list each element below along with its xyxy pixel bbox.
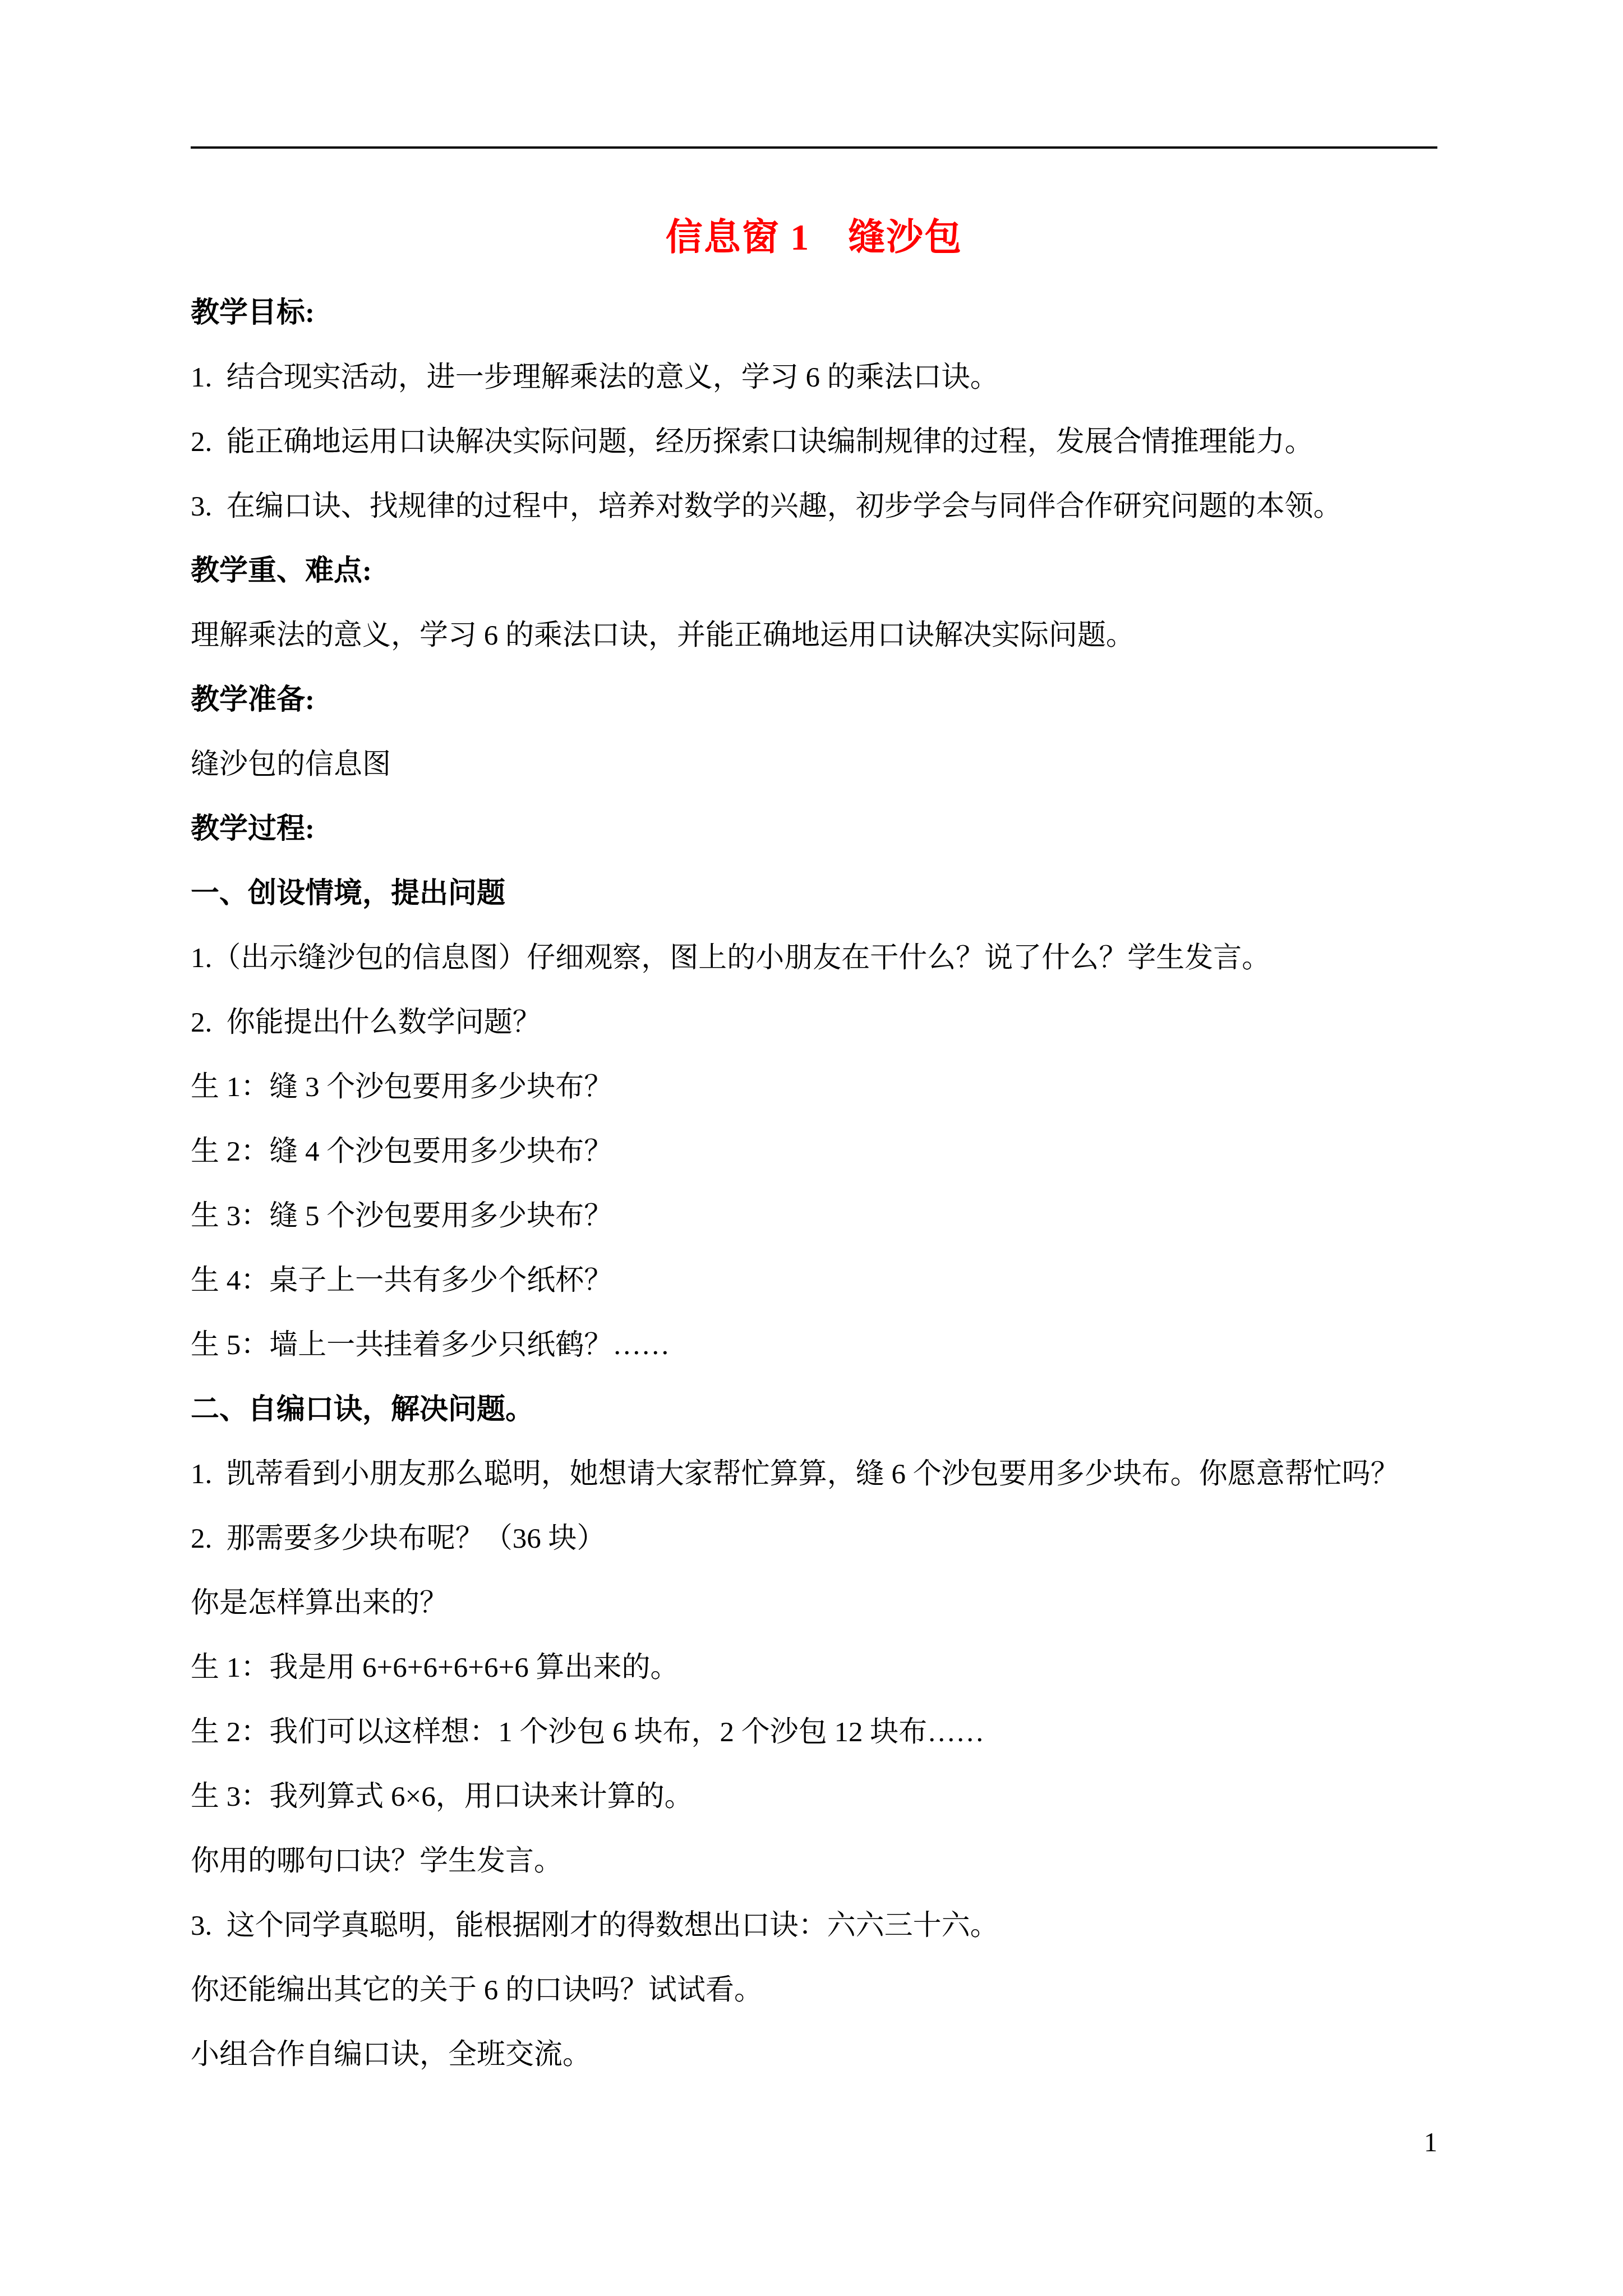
- question-how-calculated: 你是怎样算出来的？: [191, 1571, 1437, 1636]
- section-1-heading: 一、创设情境，提出问题: [191, 862, 1437, 926]
- heading-key-difficult-points: 教学重、难点:: [191, 539, 1437, 604]
- student-method-1: 生 1：我是用 6+6+6+6+6+6 算出来的。: [191, 1636, 1437, 1700]
- section-2-item-1: 1. 凯蒂看到小朋友那么聪明，她想请大家帮忙算算，缝 6 个沙包要用多少块布。你…: [191, 1442, 1437, 1507]
- section-2-item-2: 2. 那需要多少块布呢？（36 块）: [191, 1507, 1437, 1571]
- section-2-heading: 二、自编口诀，解决问题。: [191, 1378, 1437, 1442]
- student-question-4: 生 4：桌子上一共有多少个纸杯？: [191, 1249, 1437, 1313]
- group-work-note: 小组合作自编口诀，全班交流。: [191, 2023, 1437, 2087]
- page-number: 1: [1325, 2127, 1437, 2159]
- header-rule: [191, 146, 1437, 149]
- preparation-text: 缝沙包的信息图: [191, 733, 1437, 797]
- heading-teaching-process: 教学过程:: [191, 797, 1437, 862]
- student-question-3: 生 3：缝 5 个沙包要用多少块布？: [191, 1184, 1437, 1249]
- prompt-try-other-formulas: 你还能编出其它的关于 6 的口诀吗？试试看。: [191, 1958, 1437, 2023]
- document-body: 教学目标:1. 结合现实活动，进一步理解乘法的意义，学习 6 的乘法口诀。2. …: [191, 281, 1437, 2087]
- heading-teaching-objectives: 教学目标:: [191, 281, 1437, 346]
- student-question-5: 生 5：墙上一共挂着多少只纸鹤？……: [191, 1313, 1437, 1378]
- question-which-formula: 你用的哪句口诀？学生发言。: [191, 1829, 1437, 1894]
- student-method-2: 生 2：我们可以这样想：1 个沙包 6 块布，2 个沙包 12 块布……: [191, 1700, 1437, 1765]
- objective-1: 1. 结合现实活动，进一步理解乘法的意义，学习 6 的乘法口诀。: [191, 346, 1437, 410]
- objective-2: 2. 能正确地运用口诀解决实际问题，经历探索口诀编制规律的过程，发展合情推理能力…: [191, 410, 1437, 475]
- student-method-3: 生 3：我列算式 6×6，用口诀来计算的。: [191, 1765, 1437, 1829]
- student-question-1: 生 1：缝 3 个沙包要用多少块布？: [191, 1055, 1437, 1120]
- section-2-item-3: 3. 这个同学真聪明，能根据刚才的得数想出口诀：六六三十六。: [191, 1894, 1437, 1958]
- section-1-item-1: 1.（出示缝沙包的信息图）仔细观察，图上的小朋友在干什么？说了什么？学生发言。: [191, 926, 1437, 991]
- document-title: 信息窗 1 缝沙包: [191, 215, 1437, 260]
- document-page: 信息窗 1 缝沙包 教学目标:1. 结合现实活动，进一步理解乘法的意义，学习 6…: [0, 0, 1623, 2296]
- student-question-2: 生 2：缝 4 个沙包要用多少块布？: [191, 1120, 1437, 1184]
- section-1-item-2: 2. 你能提出什么数学问题？: [191, 991, 1437, 1055]
- key-difficult-points-text: 理解乘法的意义，学习 6 的乘法口诀，并能正确地运用口诀解决实际问题。: [191, 604, 1437, 668]
- objective-3: 3. 在编口诀、找规律的过程中，培养对数学的兴趣，初步学会与同伴合作研究问题的本…: [191, 475, 1437, 539]
- heading-teaching-preparation: 教学准备:: [191, 668, 1437, 733]
